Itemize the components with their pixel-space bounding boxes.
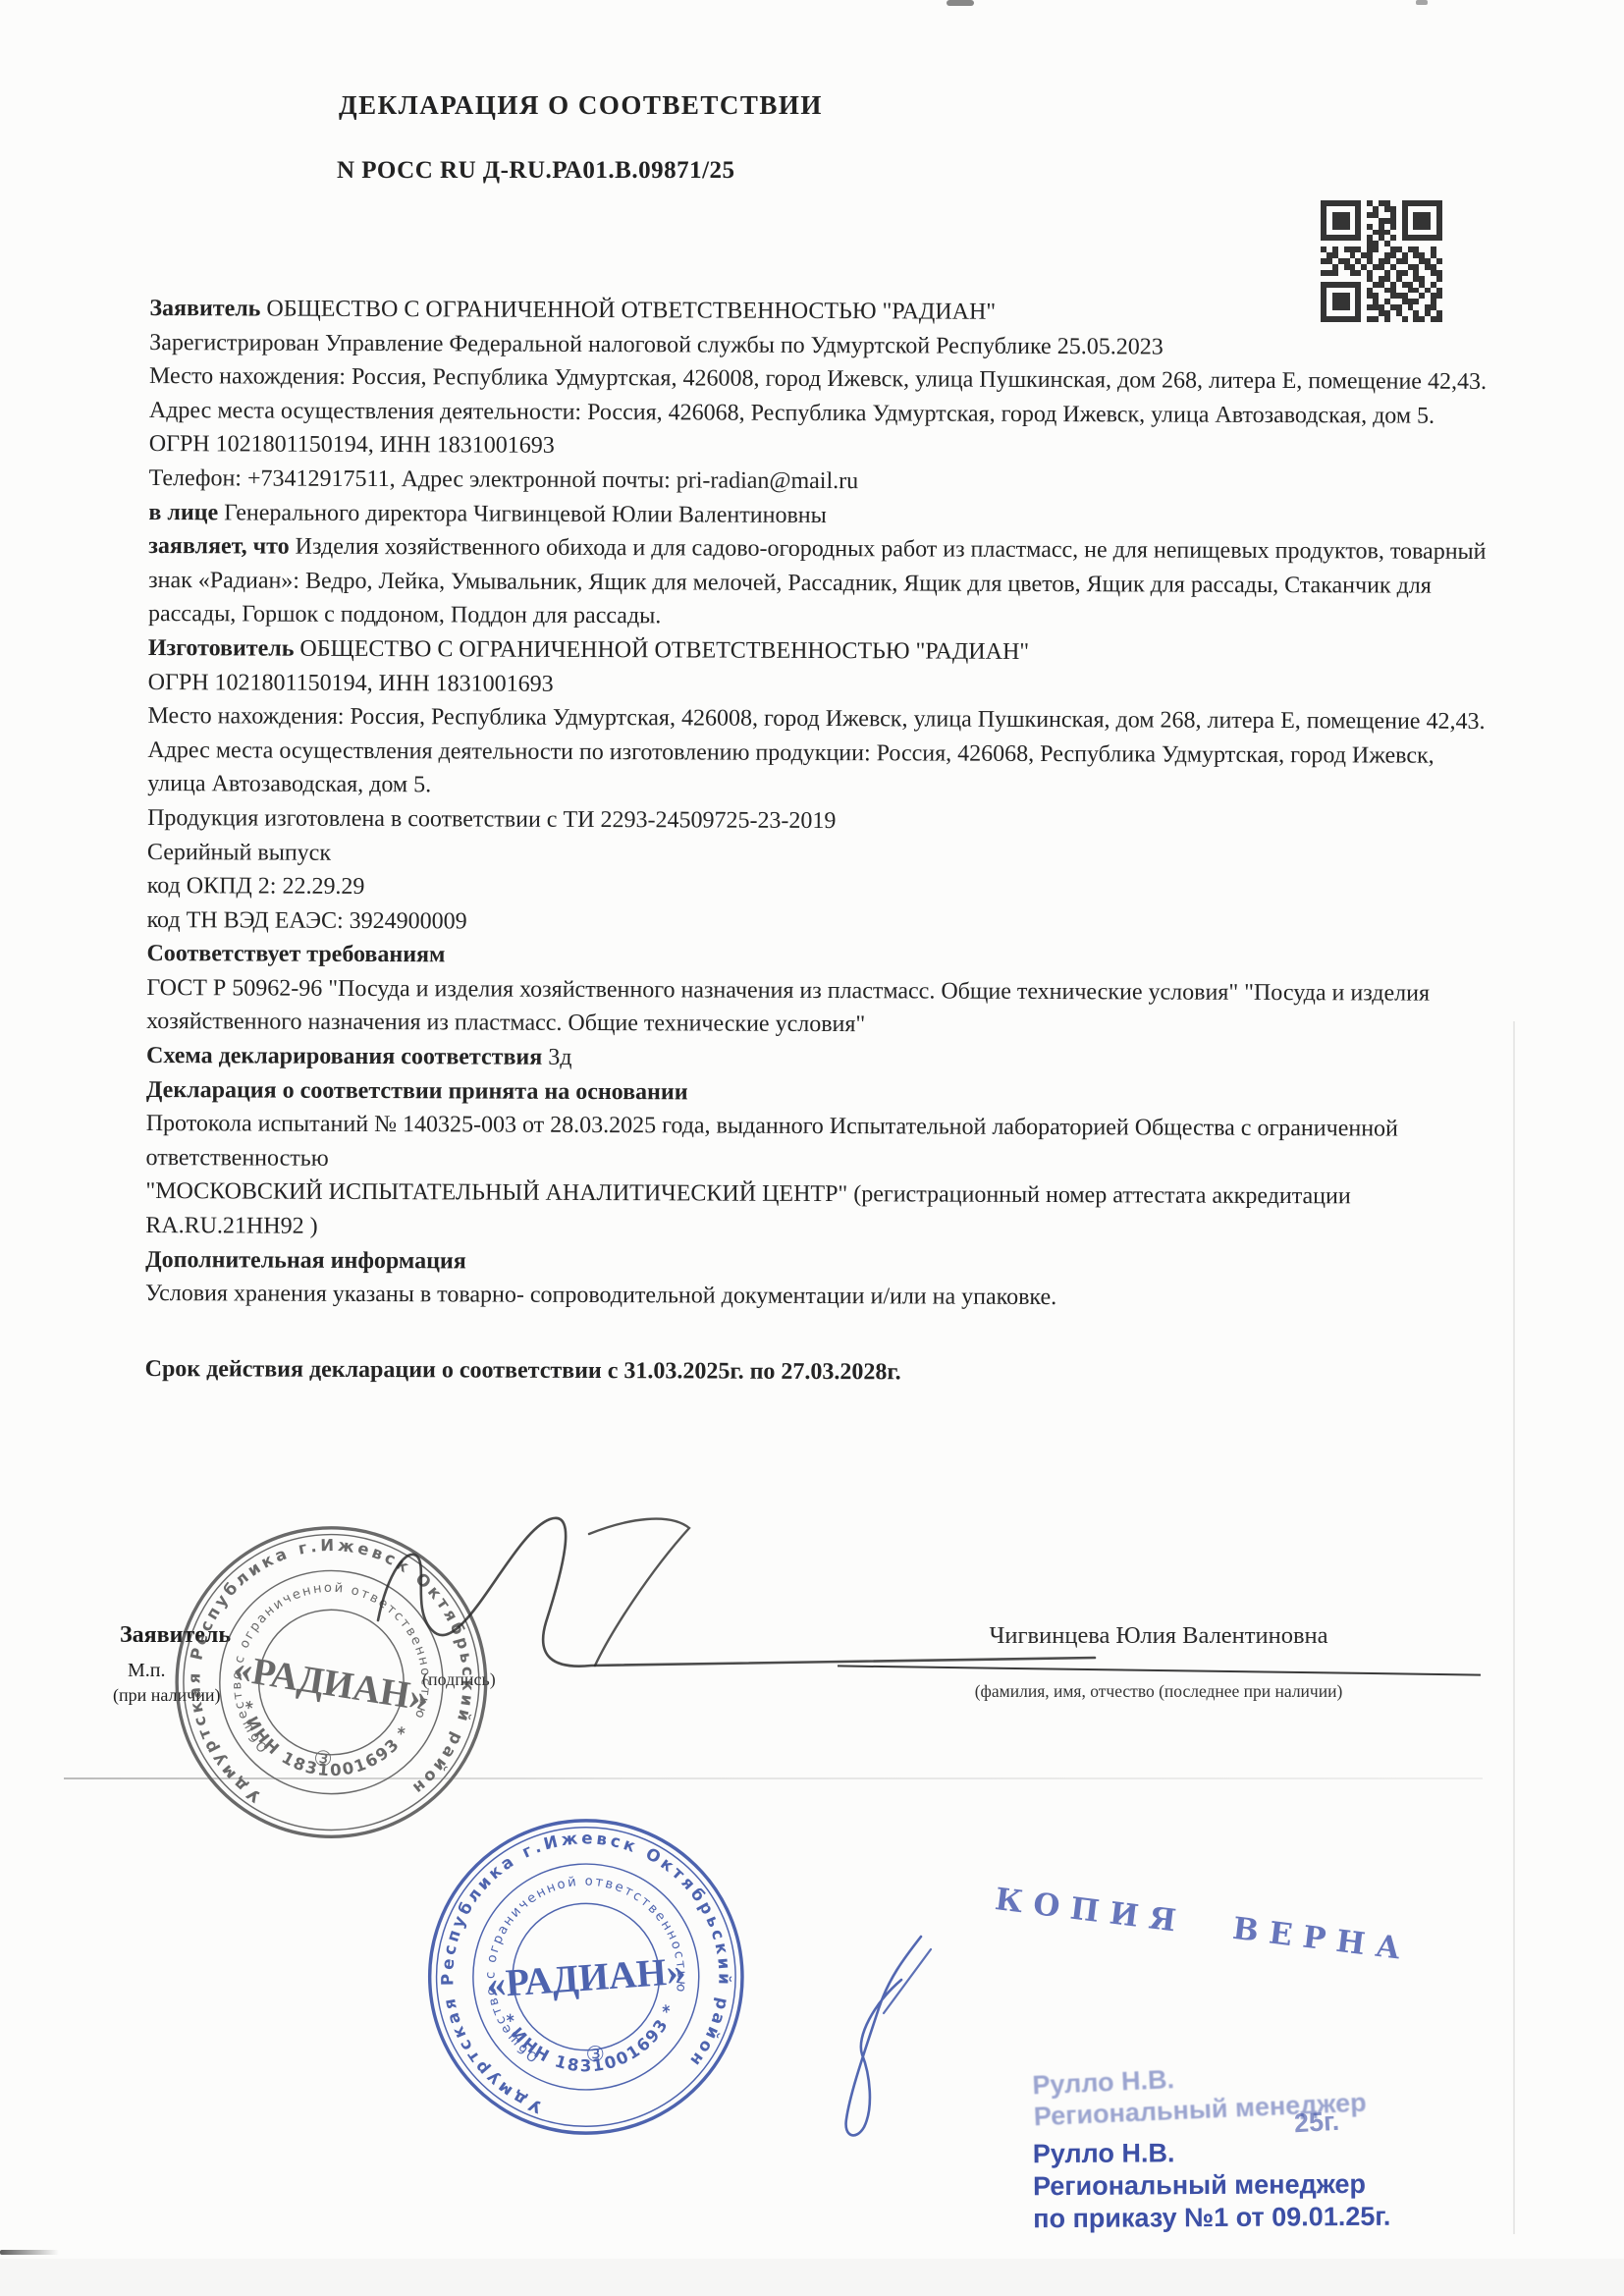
scan-artifact-line (64, 1777, 1483, 1779)
okpd-line: код ОКПД 2: 22.29.29 (147, 869, 1490, 909)
phone-email-line: Телефон: +73412917511, Адрес электронной… (149, 462, 1492, 502)
scan-artifact-vertical-line (1513, 1021, 1515, 2234)
document-title: ДЕКЛАРАЦИЯ О СООТВЕТСТВИИ (339, 90, 823, 121)
scan-artifact-speck (947, 0, 974, 6)
validity-line: Срок действия декларации о соответствии … (145, 1352, 1489, 1393)
conforms-heading: Соответствует требованиям (146, 937, 1489, 977)
stamp-badge-number: ③ (585, 2042, 606, 2067)
additional-paragraph: Условия хранения указаны в товарно- сопр… (145, 1277, 1489, 1317)
manager-stamp-faded-fragment: 25г. (1293, 2106, 1340, 2139)
manufacturer-paragraph: Изготовитель ОБЩЕСТВО С ОГРАНИЧЕННОЙ ОТВ… (148, 631, 1491, 672)
scan-artifact-dash (0, 2250, 59, 2255)
svg-text:* ИНН 1831001693 *: * ИНН 1831001693 * (497, 1999, 684, 2082)
manager-signature-block: Рулло Н.В. Региональный менеджер по прик… (1033, 2136, 1391, 2236)
additional-heading: Дополнительная информация (145, 1243, 1489, 1284)
manufacturer-location-paragraph: Место нахождения: Россия, Республика Удм… (147, 699, 1490, 739)
declaration-body: Заявитель ОБЩЕСТВО С ОГРАНИЧЕННОЙ ОТВЕТС… (145, 292, 1493, 1392)
applicant-signature (295, 1503, 1129, 1738)
registered-paragraph: Зарегистрирован Управление Федеральной н… (149, 326, 1492, 366)
stamp-badge-number: ③ (311, 1746, 334, 1774)
scan-artifact-speck (1416, 0, 1428, 5)
manager-title: Региональный менеджер (1033, 2168, 1390, 2204)
activity-address-paragraph: Адрес места осуществления деятельности: … (149, 394, 1492, 434)
serial-line: Серийный выпуск (147, 836, 1490, 876)
manager-signature (795, 1925, 962, 2151)
declares-paragraph: заявляет, что Изделия хозяйственного оби… (148, 529, 1491, 637)
scanned-declaration-page: ДЕКЛАРАЦИЯ О СООТВЕТСТВИИ N РОСС RU Д-RU… (0, 0, 1624, 2296)
gost-paragraph: ГОСТ Р 50962-96 "Посуда и изделия хозяйс… (146, 971, 1489, 1045)
basis-heading: Декларация о соответствии принята на осн… (146, 1073, 1489, 1114)
copy-verified-stamp: КОПИЯ ВЕРНА (993, 1882, 1413, 1968)
company-round-stamp-blue: Удмуртская Республика г.Ижевск Октябрьск… (411, 1802, 762, 2157)
applicant-paragraph: Заявитель ОБЩЕСТВО С ОГРАНИЧЕННОЙ ОТВЕТС… (149, 292, 1492, 332)
manufacturer-ogrn-inn-line: ОГРН 1021801150194, ИНН 1831001693 (148, 666, 1491, 706)
made-per-line: Продукция изготовлена в соответствии с Т… (147, 801, 1490, 842)
registration-number: N РОСС RU Д-RU.РА01.В.09871/25 (337, 157, 735, 185)
manager-name: Рулло Н.В. (1033, 2136, 1390, 2171)
stamp-inn-text: * ИНН 1831001693 * (497, 1999, 684, 2082)
stamp-place-label: М.п. (128, 1660, 166, 1682)
scan-artifact-shadow (0, 2259, 1624, 2296)
ogrn-inn-line: ОГРН 1021801150194, ИНН 1831001693 (149, 427, 1492, 467)
in-person-line: в лице Генерального директора Чигвинцево… (148, 496, 1491, 536)
lab-paragraph: "МОСКОВСКИЙ ИСПЫТАТЕЛЬНЫЙ АНАЛИТИЧЕСКИЙ … (145, 1175, 1489, 1248)
manager-order: по приказу №1 от 09.01.25г. (1033, 2201, 1390, 2236)
manufacturer-activity-address-paragraph: Адрес места осуществления деятельности п… (147, 734, 1490, 807)
tnved-line: код ТН ВЭД ЕАЭС: 3924900009 (147, 903, 1490, 944)
scheme-line: Схема декларирования соответствия 3д (146, 1039, 1489, 1079)
location-paragraph: Место нахождения: Россия, Республика Удм… (149, 359, 1492, 400)
protocol-paragraph: Протокола испытаний № 140325-003 от 28.0… (146, 1107, 1489, 1180)
